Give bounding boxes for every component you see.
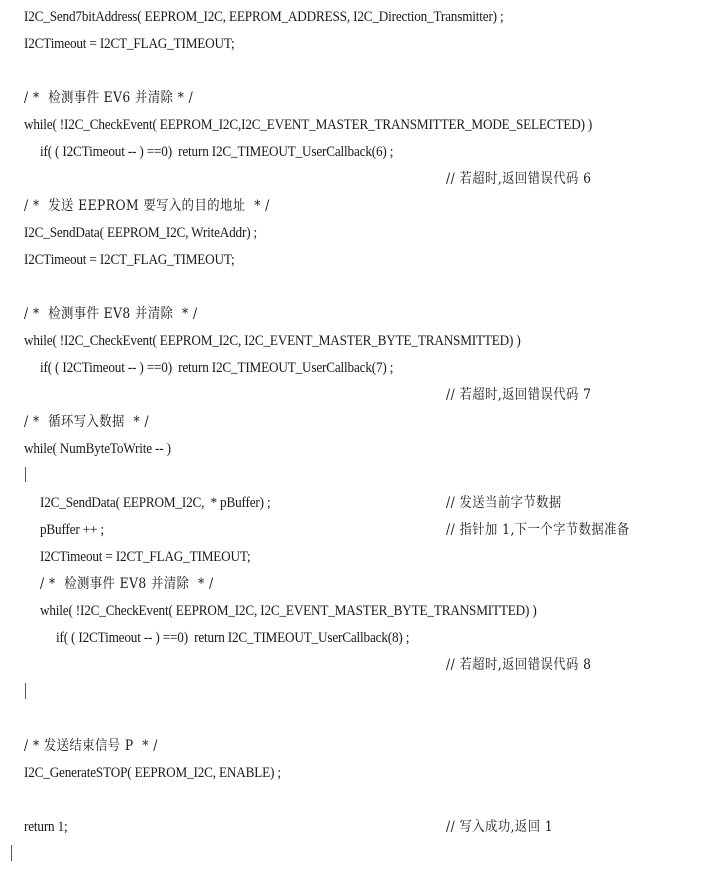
close-brace-loop bbox=[25, 683, 26, 699]
code-line-timeout-reset: I2CTimeout = I2CT_FLAG_TIMEOUT; bbox=[40, 548, 251, 566]
comment-write-success: // 写入成功,返回 1 bbox=[446, 818, 553, 836]
code-line-if-timeout-6: if( ( I2CTimeout -- ) ==0) return I2C_TI… bbox=[40, 143, 393, 161]
comment-error-code-8: // 若超时,返回错误代码 8 bbox=[446, 656, 591, 674]
code-line-timeout-reset: I2CTimeout = I2CT_FLAG_TIMEOUT; bbox=[24, 251, 235, 269]
code-line-if-timeout-8: if( ( I2CTimeout -- ) ==0) return I2C_TI… bbox=[56, 629, 409, 647]
code-line-timeout-reset: I2CTimeout = I2CT_FLAG_TIMEOUT; bbox=[24, 35, 235, 53]
code-line-if-timeout-7: if( ( I2CTimeout -- ) ==0) return I2C_TI… bbox=[40, 359, 393, 377]
open-brace-loop bbox=[25, 467, 26, 482]
comment-send-write-address: / * 发送 EEPROM 要写入的目的地址 * / bbox=[24, 197, 270, 215]
comment-pointer-increment: // 指针加 1,下一个字节数据准备 bbox=[446, 521, 630, 539]
comment-send-stop-signal: / * 发送结束信号 P * / bbox=[24, 737, 158, 755]
code-line-return-1: return 1; bbox=[24, 818, 68, 836]
code-line-while-check-ev8-loop: while( !I2C_CheckEvent( EEPROM_I2C, I2C_… bbox=[40, 602, 537, 620]
code-line-send-write-addr: I2C_SendData( EEPROM_I2C, WriteAddr) ; bbox=[24, 224, 257, 242]
code-line-while-num-bytes: while( NumByteToWrite -- ) bbox=[24, 440, 171, 458]
code-line-send-data-buffer: I2C_SendData( EEPROM_I2C, * pBuffer) ; bbox=[40, 494, 270, 512]
code-line-generate-stop: I2C_GenerateSTOP( EEPROM_I2C, ENABLE) ; bbox=[24, 764, 281, 782]
code-line-while-check-ev6: while( !I2C_CheckEvent( EEPROM_I2C,I2C_E… bbox=[24, 116, 592, 134]
comment-check-ev8-loop: / * 检测事件 EV8 并清除 * / bbox=[40, 575, 214, 593]
comment-send-current-byte: // 发送当前字节数据 bbox=[446, 494, 562, 512]
comment-error-code-7: // 若超时,返回错误代码 7 bbox=[446, 386, 591, 404]
comment-error-code-6: // 若超时,返回错误代码 6 bbox=[446, 170, 591, 188]
comment-loop-write-data: / * 循环写入数据 * / bbox=[24, 413, 149, 431]
code-line-buffer-increment: pBuffer ++ ; bbox=[40, 521, 104, 539]
code-line-while-check-ev8: while( !I2C_CheckEvent( EEPROM_I2C, I2C_… bbox=[24, 332, 521, 350]
comment-check-ev6: / * 检测事件 EV6 并清除 * / bbox=[24, 89, 193, 107]
close-brace-function bbox=[11, 845, 12, 861]
code-line-send-7bit-address: I2C_Send7bitAddress( EEPROM_I2C, EEPROM_… bbox=[24, 8, 504, 26]
code-listing: I2C_Send7bitAddress( EEPROM_I2C, EEPROM_… bbox=[0, 0, 706, 870]
comment-check-ev8: / * 检测事件 EV8 并清除 * / bbox=[24, 305, 198, 323]
